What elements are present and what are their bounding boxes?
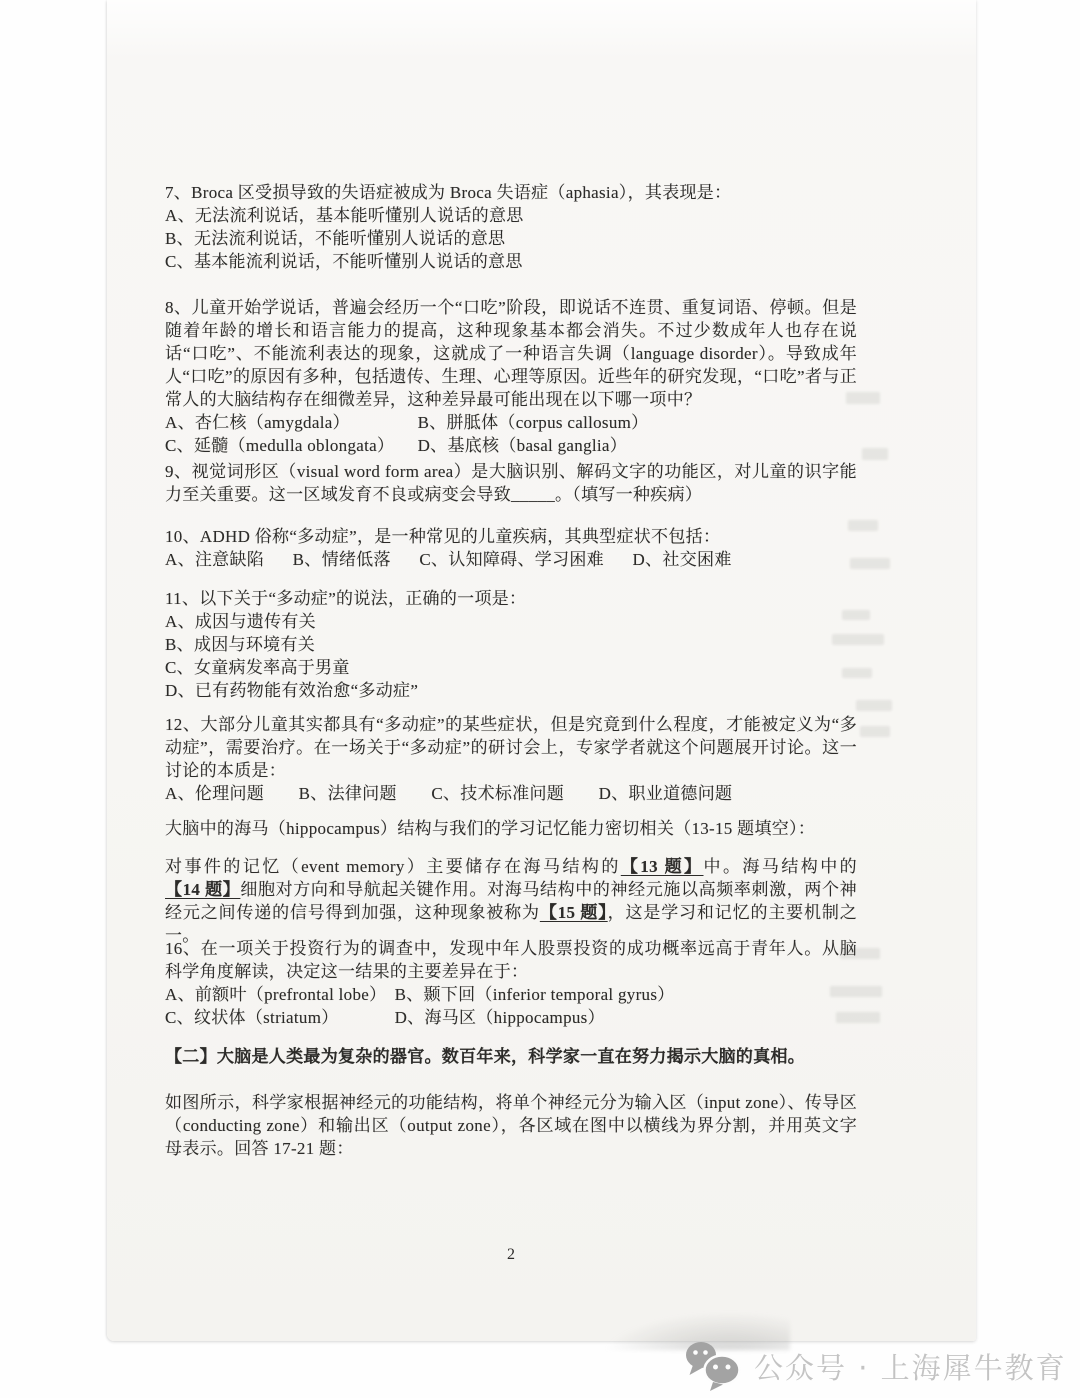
- section-2-paragraph: 如图所示，科学家根据神经元的功能结构，将单个神经元分为输入区（input zon…: [165, 1091, 857, 1160]
- wechat-icon: [684, 1340, 744, 1392]
- bleedthrough-mark: [860, 726, 890, 737]
- q11-option-d: D、已有药物能有效治愈“多动症”: [165, 679, 857, 702]
- q8-option-c: C、延髓（medulla oblongata）: [165, 434, 413, 457]
- question-10: 10、ADHD 俗称“多动症”，是一种常见的儿童疾病，其典型症状不包括： A、注…: [165, 525, 857, 571]
- question-16: 16、在一项关于投资行为的调查中，发现中年人股票投资的成功概率远高于青年人。从脑…: [165, 937, 857, 1029]
- q8-options-row-1: A、杏仁核（amygdala） B、胼胝体（corpus callosum）: [165, 411, 857, 434]
- q9-stem: 9、视觉词形区（visual word form area）是大脑识别、解码文字…: [165, 462, 857, 504]
- memory-intro-text: 大脑中的海马（hippocampus）结构与我们的学习记忆能力密切相关（13-1…: [165, 819, 815, 838]
- memory-fill-in-passage: 对事件的记忆（event memory）主要储存在海马结构的【13 题】中。海马…: [165, 855, 857, 947]
- q7-stem: 7、Broca 区受损导致的失语症被成为 Broca 失语症（aphasia），…: [165, 181, 857, 204]
- scanned-exam-page: { "colors":{"paper":"#f7f6f3","text":"#2…: [0, 0, 1080, 1398]
- page-number: 2: [165, 1246, 857, 1264]
- q7-option-a: A、无法流利说话，基本能听懂别人说话的意思: [165, 204, 857, 227]
- memory-seg-2: 中。海马结构中的: [704, 857, 858, 876]
- memory-seg-1: 对事件的记忆（event memory）主要储存在海马结构的: [165, 857, 621, 876]
- q12-option-a: A、伦理问题: [165, 784, 264, 803]
- q10-stem: 10、ADHD 俗称“多动症”，是一种常见的儿童疾病，其典型症状不包括：: [165, 525, 857, 548]
- q8-options-row-2: C、延髓（medulla oblongata） D、基底核（basal gang…: [165, 434, 857, 457]
- question-9: 9、视觉词形区（visual word form area）是大脑识别、解码文字…: [165, 460, 857, 506]
- q16-options-row-2: C、纹状体（striatum） D、海马区（hippocampus）: [165, 1006, 857, 1029]
- section-2-heading: 【二】大脑是人类最为复杂的器官。数百年来，科学家一直在努力揭示大脑的真相。: [165, 1045, 857, 1068]
- q16-options-row-1: A、前额叶（prefrontal lobe） B、颞下回（inferior te…: [165, 983, 857, 1006]
- q16-option-a: A、前额叶（prefrontal lobe）: [165, 983, 390, 1006]
- section-2-paragraph-text: 如图所示，科学家根据神经元的功能结构，将单个神经元分为输入区（input zon…: [165, 1093, 857, 1158]
- q16-option-c: C、纹状体（striatum）: [165, 1006, 390, 1029]
- q12-option-c: C、技术标准问题: [431, 784, 564, 803]
- q10-option-b: B、情绪低落: [293, 550, 391, 569]
- q10-option-a: A、注意缺陷: [165, 550, 264, 569]
- q12-option-d: D、职业道德问题: [599, 784, 733, 803]
- q11-option-a: A、成因与遗传有关: [165, 610, 857, 633]
- blank-14: 【14 题】: [165, 880, 240, 899]
- q11-option-b: B、成因与环境有关: [165, 633, 857, 656]
- bleedthrough-mark: [856, 700, 892, 711]
- q11-stem: 11、以下关于“多动症”的说法，正确的一项是：: [165, 587, 857, 610]
- q8-option-d: D、基底核（basal ganglia）: [418, 436, 628, 455]
- q16-stem: 16、在一项关于投资行为的调查中，发现中年人股票投资的成功概率远高于青年人。从脑…: [165, 939, 857, 981]
- memory-section-intro: 大脑中的海马（hippocampus）结构与我们的学习记忆能力密切相关（13-1…: [165, 817, 857, 840]
- q10-options-row: A、注意缺陷 B、情绪低落 C、认知障碍、学习困难 D、社交困难: [165, 548, 857, 571]
- question-8: 8、儿童开始学说话，普遍会经历一个“口吃”阶段，即说话不连贯、重复词语、停顿。但…: [165, 296, 857, 457]
- footer-watermark: 公众号 · 上海犀牛教育: [684, 1338, 1064, 1394]
- q7-option-b: B、无法流利说话，不能听懂别人说话的意思: [165, 227, 857, 250]
- question-7: 7、Broca 区受损导致的失语症被成为 Broca 失语症（aphasia），…: [165, 181, 857, 273]
- question-11: 11、以下关于“多动症”的说法，正确的一项是： A、成因与遗传有关 B、成因与环…: [165, 587, 857, 702]
- q10-option-d: D、社交困难: [633, 550, 732, 569]
- blank-13: 【13 题】: [621, 857, 704, 876]
- q16-option-b: B、颞下回（inferior temporal gyrus）: [395, 985, 675, 1004]
- q11-option-c: C、女童病发率高于男童: [165, 656, 857, 679]
- section-2-heading-text: 【二】大脑是人类最为复杂的器官。数百年来，科学家一直在努力揭示大脑的真相。: [165, 1047, 805, 1066]
- q8-stem: 8、儿童开始学说话，普遍会经历一个“口吃”阶段，即说话不连贯、重复词语、停顿。但…: [165, 298, 857, 409]
- q12-stem: 12、大部分儿童其实都具有“多动症”的某些症状，但是究竟到什么程度，才能被定义为…: [165, 715, 857, 780]
- q12-options-row: A、伦理问题 B、法律问题 C、技术标准问题 D、职业道德问题: [165, 782, 857, 805]
- question-12: 12、大部分儿童其实都具有“多动症”的某些症状，但是究竟到什么程度，才能被定义为…: [165, 713, 857, 805]
- q7-option-c: C、基本能流利说话，不能听懂别人说话的意思: [165, 250, 857, 273]
- q12-option-b: B、法律问题: [299, 784, 397, 803]
- bleedthrough-mark: [862, 448, 888, 460]
- blank-15: 【15 题】: [540, 903, 608, 922]
- footer-label: 公众号 · 上海犀牛教育: [754, 1346, 1067, 1387]
- q8-option-a: A、杏仁核（amygdala）: [165, 411, 413, 434]
- paper-top-fade: [107, 0, 976, 60]
- q8-option-b: B、胼胝体（corpus callosum）: [418, 413, 649, 432]
- q10-option-c: C、认知障碍、学习困难: [419, 550, 604, 569]
- q16-option-d: D、海马区（hippocampus）: [395, 1008, 605, 1027]
